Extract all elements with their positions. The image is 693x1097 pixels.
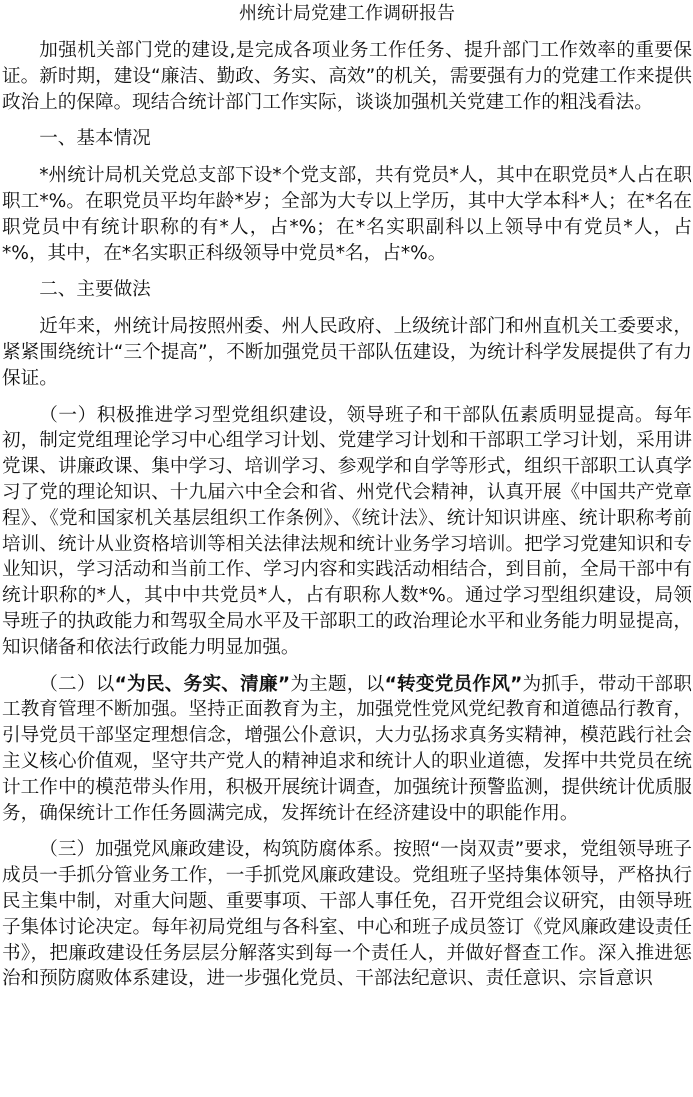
practice-1-learning-org-paragraph: （一）积极推进学习型党组织建设，领导班子和干部队伍素质明显提高。每年初，制定党组…	[2, 403, 692, 661]
practice-2-mid: 为主题，以	[290, 674, 385, 695]
practice-3-integrity-paragraph: （三）加强党风廉政建设，构筑防腐体系。按照“一岗双责”要求，党组领导班子成员一手…	[2, 837, 692, 992]
document-page: 州统计局党建工作调研报告 加强机关部门党的建设,是完成各项业务工作任务、提升部门…	[0, 0, 693, 992]
practice-2-rest: 为抓手，带动干部职工教育管理不断加强。坚持正面教育为主，加强党性党风党纪教育和道…	[2, 674, 692, 824]
basic-situation-paragraph: *州统计局机关党总支部下设*个党支部，共有党员*人，其中在职党员*人占在职职工*…	[2, 163, 692, 266]
spacer	[2, 266, 692, 277]
practice-2-focus-quote: “转变党员作风”	[385, 674, 523, 695]
spacer	[2, 152, 692, 163]
intro-paragraph: 加强机关部门党的建设,是完成各项业务工作任务、提升部门工作效率的重要保证。新时期…	[2, 38, 692, 115]
spacer	[2, 661, 692, 672]
spacer	[2, 826, 692, 837]
spacer	[2, 303, 692, 314]
spacer	[2, 27, 692, 38]
practice-2-education-paragraph: （二）以“为民、务实、清廉”为主题，以“转变党员作风”为抓手，带动干部职工教育管…	[2, 672, 692, 827]
section-heading-basic-situation: 一、基本情况	[2, 126, 692, 152]
document-title: 州统计局党建工作调研报告	[2, 0, 692, 27]
section-heading-main-practices: 二、主要做法	[2, 277, 692, 303]
practice-2-theme-quote: “为民、务实、清廉”	[115, 674, 290, 695]
main-practices-intro-paragraph: 近年来，州统计局按照州委、州人民政府、上级统计部门和州直机关工委要求，紧紧围绕统…	[2, 314, 692, 391]
practice-2-prefix: （二）以	[39, 674, 114, 695]
spacer	[2, 392, 692, 403]
spacer	[2, 115, 692, 126]
